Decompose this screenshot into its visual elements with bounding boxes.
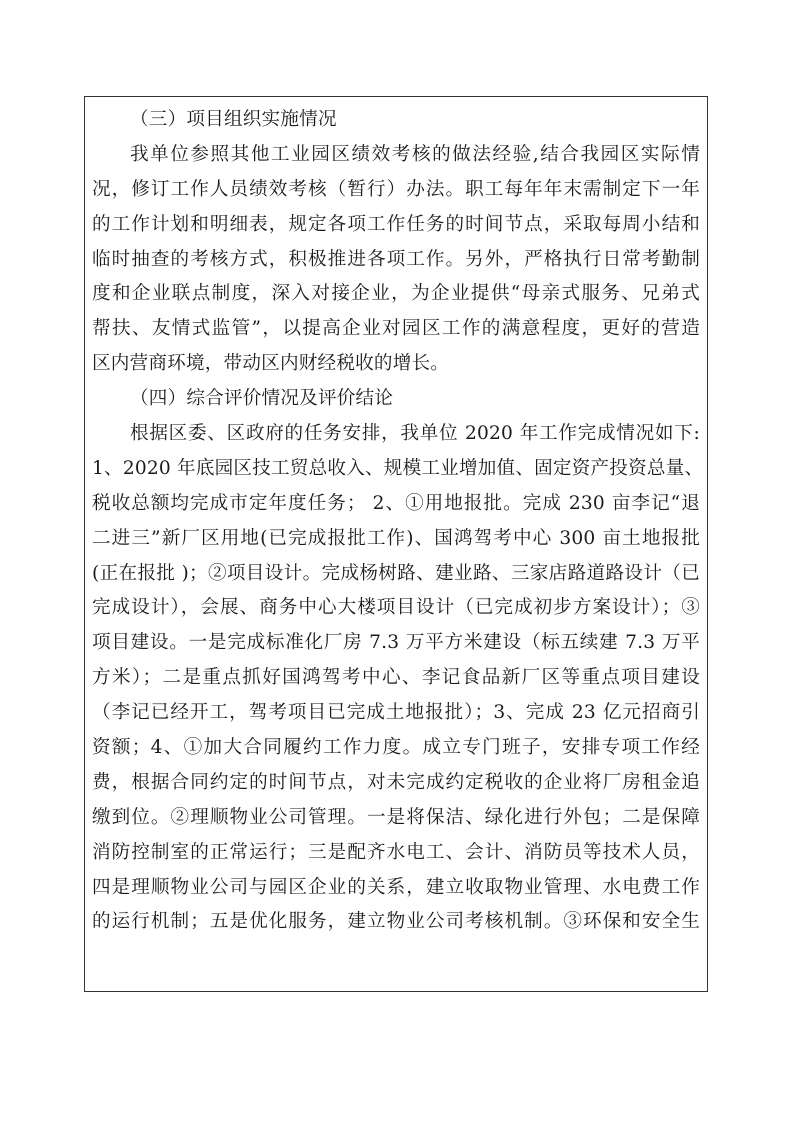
paragraph-line: 的运行机制；五是优化服务，建立物业公司考核机制。③环保和安全生	[92, 905, 700, 940]
paragraph-line: 的工作计划和明细表，规定各项工作任务的时间节点，采取每周小结和	[92, 208, 700, 243]
paragraph-line: (正在报批 )；②项目设计。完成杨树路、建业路、三家店路道路设计（已	[92, 557, 700, 592]
paragraph-line: 根据区委、区政府的任务安排，我单位 2020 年工作完成情况如下:	[92, 417, 700, 452]
paragraph-line: 税收总额均完成市定年度任务； 2、①用地报批。完成 230 亩李记“退	[92, 487, 700, 522]
paragraph-line: 四是理顺物业公司与园区企业的关系，建立收取物业管理、水电费工作	[92, 871, 700, 906]
paragraph-line: 消防控制室的正常运行；三是配齐水电工、会计、消防员等技术人员，	[92, 836, 700, 871]
paragraph-line: 我单位参照其他工业园区绩效考核的做法经验,结合我园区实际情	[92, 138, 700, 173]
paragraph-line: 度和企业联点制度，深入对接企业，为企业提供“母亲式服务、兄弟式	[92, 277, 700, 312]
paragraph-line: 项目建设。一是完成标准化厂房 7.3 万平方米建设（标五续建 7.3 万平	[92, 626, 700, 661]
paragraph-line: 完成设计），会展、商务中心大楼项目设计（已完成初步方案设计）；③	[92, 591, 700, 626]
paragraph-line: 费，根据合同约定的时间节点，对未完成约定税收的企业将厂房租金追	[92, 766, 700, 801]
paragraph-line: 资额；4、①加大合同履约工作力度。成立专门班子，安排专项工作经	[92, 731, 700, 766]
paragraph-line: 况，修订工作人员绩效考核（暂行）办法。职工每年年末需制定下一年	[92, 173, 700, 208]
section-heading: （三）项目组织实施情况	[92, 103, 700, 138]
paragraph-line: （李记已经开工，驾考项目已完成土地报批）；3、完成 23 亿元招商引	[92, 696, 700, 731]
paragraph-line: 方米）；二是重点抓好国鸿驾考中心、李记食品新厂区等重点项目建设	[92, 661, 700, 696]
paragraph-line: 缴到位。②理顺物业公司管理。一是将保洁、绿化进行外包；二是保障	[92, 801, 700, 836]
section-heading: （四）综合评价情况及评价结论	[92, 382, 700, 417]
paragraph-line: 1、2020 年底园区技工贸总收入、规模工业增加值、固定资产投资总量、	[92, 452, 700, 487]
paragraph-line: 帮扶、友情式监管”，以提高企业对园区工作的满意程度，更好的营造	[92, 312, 700, 347]
document-table-cell: （三）项目组织实施情况 我单位参照其他工业园区绩效考核的做法经验,结合我园区实际…	[84, 96, 708, 992]
document-body: （三）项目组织实施情况 我单位参照其他工业园区绩效考核的做法经验,结合我园区实际…	[92, 103, 700, 940]
paragraph-line: 二进三”新厂区用地(已完成报批工作)、国鸿驾考中心 300 亩土地报批	[92, 522, 700, 557]
paragraph-line: 临时抽查的考核方式，积极推进各项工作。另外，严格执行日常考勤制	[92, 243, 700, 278]
paragraph-line: 区内营商环境，带动区内财经税收的增长。	[92, 347, 700, 382]
